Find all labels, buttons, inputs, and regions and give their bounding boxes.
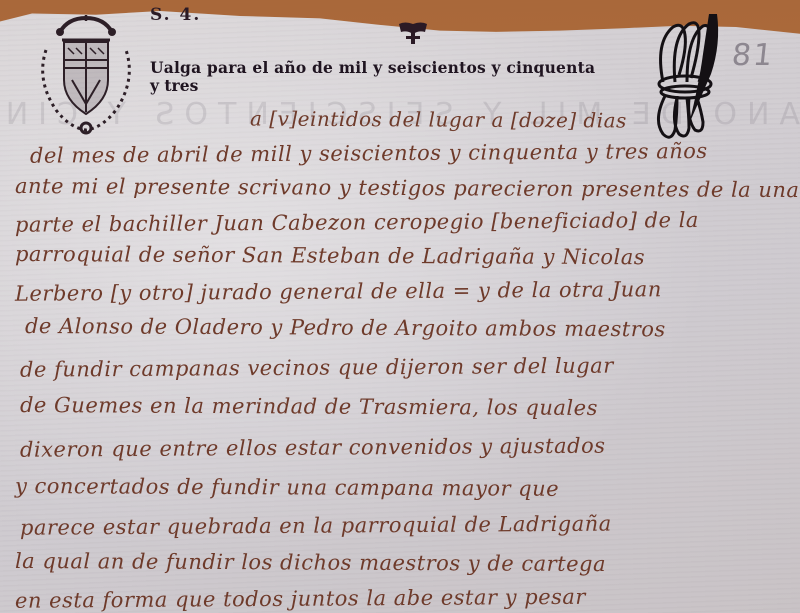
handwritten-line-text: Lerbero [y otro] jurado general de ella … xyxy=(15,277,662,306)
handwritten-line: ante mi el presente scrivano y testigos … xyxy=(0,174,800,202)
folio-number: 81 xyxy=(730,38,776,73)
handwritten-line-text: dixeron que entre ellos estar convenidos… xyxy=(20,434,606,462)
handwritten-line-text: de Alonso de Oladero y Pedro de Argoito … xyxy=(25,314,666,341)
handwritten-line-text: del mes de abril de mill y seiscientos y… xyxy=(30,139,708,168)
handwritten-line: y concertados de fundir una campana mayo… xyxy=(0,474,800,502)
handwritten-line-text: parte el bachiller Juan Cabezon ceropegi… xyxy=(15,208,699,237)
handwritten-line: de Alonso de Oladero y Pedro de Argoito … xyxy=(0,314,800,342)
handwritten-line: la qual an de fundir los dichos maestros… xyxy=(0,549,800,577)
folio-mark: S. 4. xyxy=(150,5,201,25)
handwritten-line-text: parece estar quebrada en la parroquial d… xyxy=(20,512,612,540)
handwritten-line-text: y concertados de fundir una campana mayo… xyxy=(15,474,559,501)
handwritten-line-text: de fundir campanas vecinos que dijeron s… xyxy=(20,354,614,382)
cross-mark-icon xyxy=(396,20,430,48)
handwritten-line-text: de Guemes en la merindad de Trasmiera, l… xyxy=(20,393,598,420)
handwritten-line-text: ante mi el presente scrivano y testigos … xyxy=(15,174,800,202)
handwritten-line: parroquial de señor San Esteban de Ladri… xyxy=(0,242,800,270)
handwritten-line-text: parroquial de señor San Esteban de Ladri… xyxy=(15,242,645,269)
handwritten-line: de Guemes en la merindad de Trasmiera, l… xyxy=(0,393,800,421)
stamp-header-line-2: y tres xyxy=(150,76,198,95)
stamp-header-line-1: Ualga para el año de mil y seiscientos y… xyxy=(150,58,595,77)
handwritten-line-text: en esta forma que todos juntos la abe es… xyxy=(15,585,586,613)
handwritten-line-text: la qual an de fundir los dichos maestros… xyxy=(15,549,606,576)
handwritten-line-text: a [v]eintidos del lugar a [doze] dias xyxy=(250,107,627,133)
